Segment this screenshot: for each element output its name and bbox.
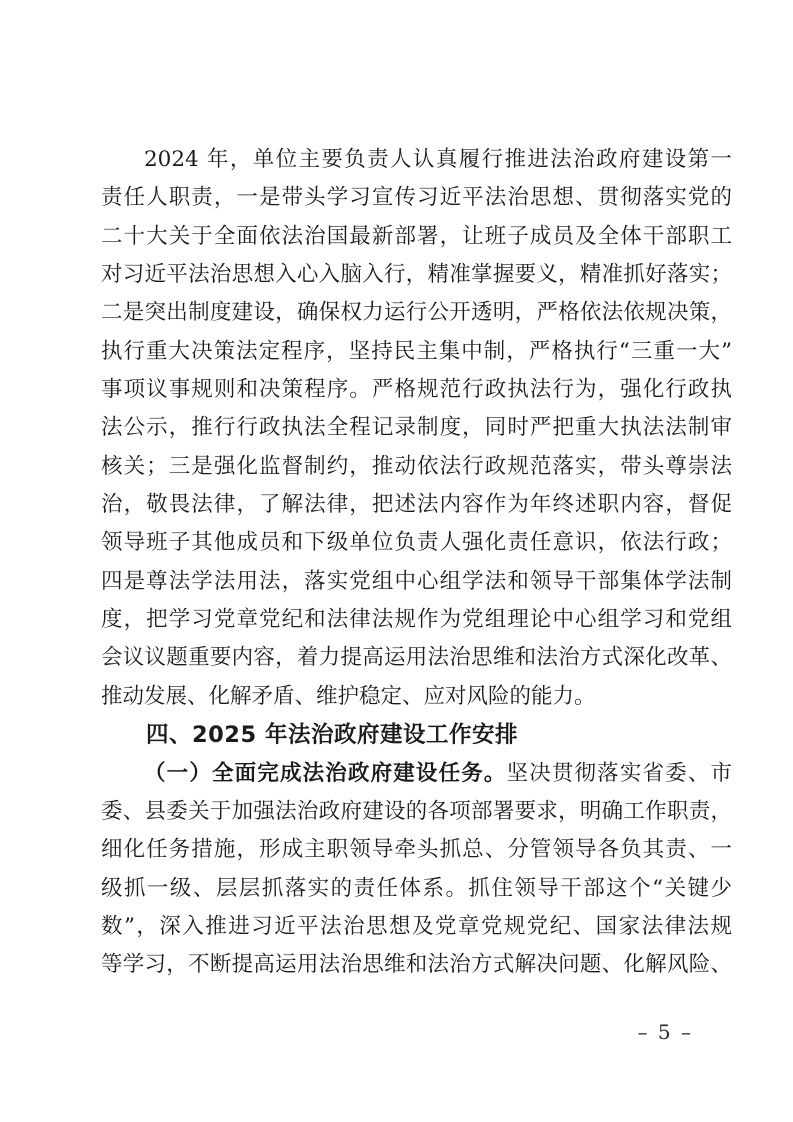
section-heading: 四、2025 年法治政府建设工作安排: [101, 716, 732, 754]
subsection-title: （一）全面完成法治政府建设任务。: [144, 761, 507, 786]
body-line: 级抓一级、层层抓落实的责任体系。抓住领导干部这个“关键少: [101, 870, 732, 908]
body-line: 度，把学习党章党纪和法律法规作为党组理论中心组学习和党组: [101, 601, 732, 639]
body-line: 细化任务措施，形成主职领导牵头抓总、分管领导各负其责、一: [101, 831, 732, 869]
body-line: 核关；三是强化监督制约，推动依法行政规范落实，带头尊崇法: [101, 448, 732, 486]
body-line: 二十大关于全面依法治国最新部署，让班子成员及全体干部职工: [101, 218, 732, 256]
body-line: 二是突出制度建设，确保权力运行公开透明，严格依法依规决策，: [101, 294, 732, 332]
body-text: 坚决贯彻落实省委、市: [507, 761, 732, 786]
body-line: 推动发展、化解矛盾、维护稳定、应对风险的能力。: [101, 678, 732, 716]
body-line: 四是尊法学法用法，落实党组中心组学法和领导干部集体学法制: [101, 563, 732, 601]
body-line: 领导班子其他成员和下级单位负责人强化责任意识，依法行政；: [101, 524, 732, 562]
body-line: 委、县委关于加强法治政府建设的各项部署要求，明确工作职责，: [101, 793, 732, 831]
body-line: 会议议题重要内容，着力提高运用法治思维和法治方式深化改革、: [101, 639, 732, 677]
body-line: 法公示，推行行政执法全程记录制度，同时严把重大执法法制审: [101, 409, 732, 447]
document-body: 2024 年，单位主要负责人认真履行推进法治政府建设第一 责任人职责，一是带头学…: [101, 141, 732, 985]
body-line: 治，敬畏法律，了解法律，把述法内容作为年终述职内容，督促: [101, 486, 732, 524]
body-line: 执行重大决策法定程序，坚持民主集中制，严格执行“三重一大”: [101, 333, 732, 371]
document-page: 2024 年，单位主要负责人认真履行推进法治政府建设第一 责任人职责，一是带头学…: [0, 0, 793, 1122]
page-number: – 5 –: [0, 1018, 693, 1046]
body-line: 事项议事规则和决策程序。严格规范行政执法行为，强化行政执: [101, 371, 732, 409]
body-line: 2024 年，单位主要负责人认真履行推进法治政府建设第一: [101, 141, 732, 179]
body-line: 等学习，不断提高运用法治思维和法治方式解决问题、化解风险、: [101, 946, 732, 984]
body-line: （一）全面完成法治政府建设任务。坚决贯彻落实省委、市: [101, 755, 732, 793]
body-line: 数”，深入推进习近平法治思想及党章党规党纪、国家法律法规: [101, 908, 732, 946]
body-line: 对习近平法治思想入心入脑入行，精准掌握要义，精准抓好落实；: [101, 256, 732, 294]
body-line: 责任人职责，一是带头学习宣传习近平法治思想、贯彻落实党的: [101, 179, 732, 217]
